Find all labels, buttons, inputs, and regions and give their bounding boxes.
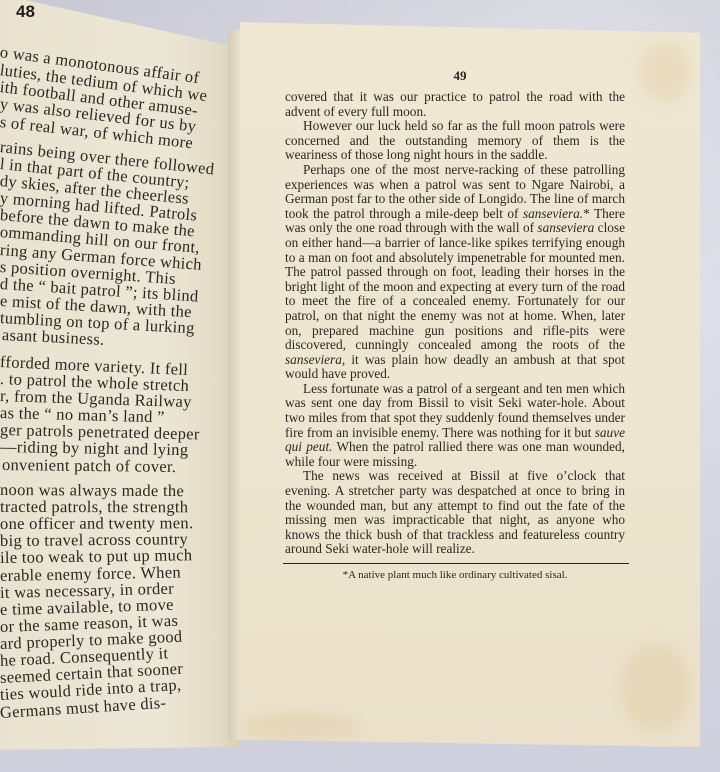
paragraph: Perhaps one of the most nerve-racking of… — [285, 163, 625, 382]
footnote-divider — [283, 563, 629, 564]
paragraph: Less fortunate was a patrol of a sergean… — [285, 382, 625, 470]
paper-stain — [240, 712, 360, 742]
footnote: *A native plant much like ordinary culti… — [285, 569, 625, 581]
paragraph-text: covered that it was our practice to patr… — [285, 89, 625, 119]
paragraph: The news was received at Bissil at five … — [285, 469, 625, 557]
paragraph-text: close on either hand—a barrier of lance-… — [285, 220, 625, 352]
paragraph-text: However our luck held so far as the full… — [285, 118, 625, 162]
right-page: 49 covered that it was our practice to p… — [285, 68, 625, 581]
paragraph: covered that it was our practice to patr… — [285, 90, 625, 119]
right-page-body: covered that it was our practice to patr… — [285, 90, 625, 557]
left-page-number: 48 — [16, 2, 35, 22]
italic-text: sanseviera — [537, 220, 594, 235]
left-page: 48 o was a monotonous affair ofluties, t… — [0, 0, 240, 772]
paragraph-text: When the patrol rallied there was one ma… — [285, 439, 625, 469]
paragraph: However our luck held so far as the full… — [285, 119, 625, 163]
right-page-number: 49 — [295, 68, 625, 84]
left-page-line: onvenient patch of cover. — [2, 455, 177, 477]
paper-stain — [640, 42, 690, 102]
paragraph-text: Less fortunate was a patrol of a sergean… — [285, 381, 625, 440]
paragraph-text: The news was received at Bissil at five … — [285, 468, 625, 556]
italic-text: sanseviera, — [285, 352, 345, 367]
italic-text: sanseviera. — [523, 206, 583, 221]
left-page-line: asant business. — [2, 325, 105, 350]
paper-stain — [620, 642, 690, 732]
